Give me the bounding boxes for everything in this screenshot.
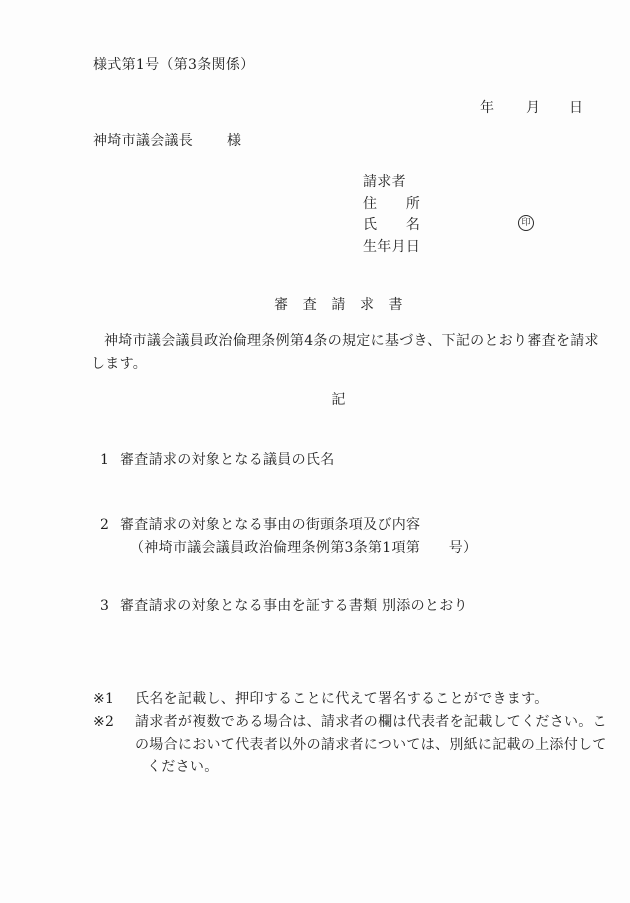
date-year-label: 年 — [480, 100, 494, 117]
requester-address-label: 住 所 — [363, 196, 420, 213]
requester-heading: 請求者 — [363, 174, 406, 191]
footnote-1-text: 氏名を記載し、押印することに代えて署名することができます。 — [135, 691, 549, 708]
addressee-honorific: 様 — [227, 133, 241, 150]
footnote-2-line3: ください。 — [147, 759, 219, 776]
footnote-2-line1: 請求者が複数である場合は、請求者の欄は代表者を記載してください。こ — [135, 714, 607, 731]
body-paragraph-line1: 神埼市議会議員政治倫理条例第4条の規定に基づき、下記のとおり審査を請求 — [104, 333, 599, 350]
item-2-text: 審査請求の対象となる事由の街頭条項及び内容 — [120, 517, 420, 534]
footnote-2-line2: の場合において代表者以外の請求者については、別紙に記載の上添付して — [135, 737, 607, 754]
date-month-label: 月 — [526, 100, 540, 117]
item-2-number: 2 — [100, 517, 109, 534]
item-1-text: 審査請求の対象となる議員の氏名 — [120, 452, 335, 469]
item-3-text: 審査請求の対象となる事由を証する書類 — [120, 598, 377, 615]
form-number-label: 様式第1号（第3条関係） — [93, 57, 254, 74]
item-2-subtext: （神埼市議会議員政治倫理条例第3条第1項第 号） — [130, 540, 477, 557]
requester-name-label: 氏 名 — [363, 217, 420, 234]
item-1-number: 1 — [100, 452, 109, 469]
record-marker: 記 — [93, 392, 584, 409]
item-3-number: 3 — [100, 598, 109, 615]
addressee-title: 神埼市議会議長 — [93, 133, 193, 150]
document-title: 審 査 請 求 書 — [93, 297, 584, 314]
item-3-note: 別添のとおり — [382, 598, 468, 615]
requester-birthdate-label: 生年月日 — [363, 239, 420, 256]
date-day-label: 日 — [569, 100, 583, 117]
footnote-2-marker: ※2 — [93, 714, 114, 731]
footnote-1-marker: ※1 — [93, 691, 114, 708]
scanned-form-page: 様式第1号（第3条関係） 年 月 日 神埼市議会議長 様 請求者 住 所 氏 名… — [0, 0, 630, 903]
body-paragraph-line2: します。 — [91, 356, 147, 373]
seal-mark-icon: 印 — [518, 215, 534, 231]
